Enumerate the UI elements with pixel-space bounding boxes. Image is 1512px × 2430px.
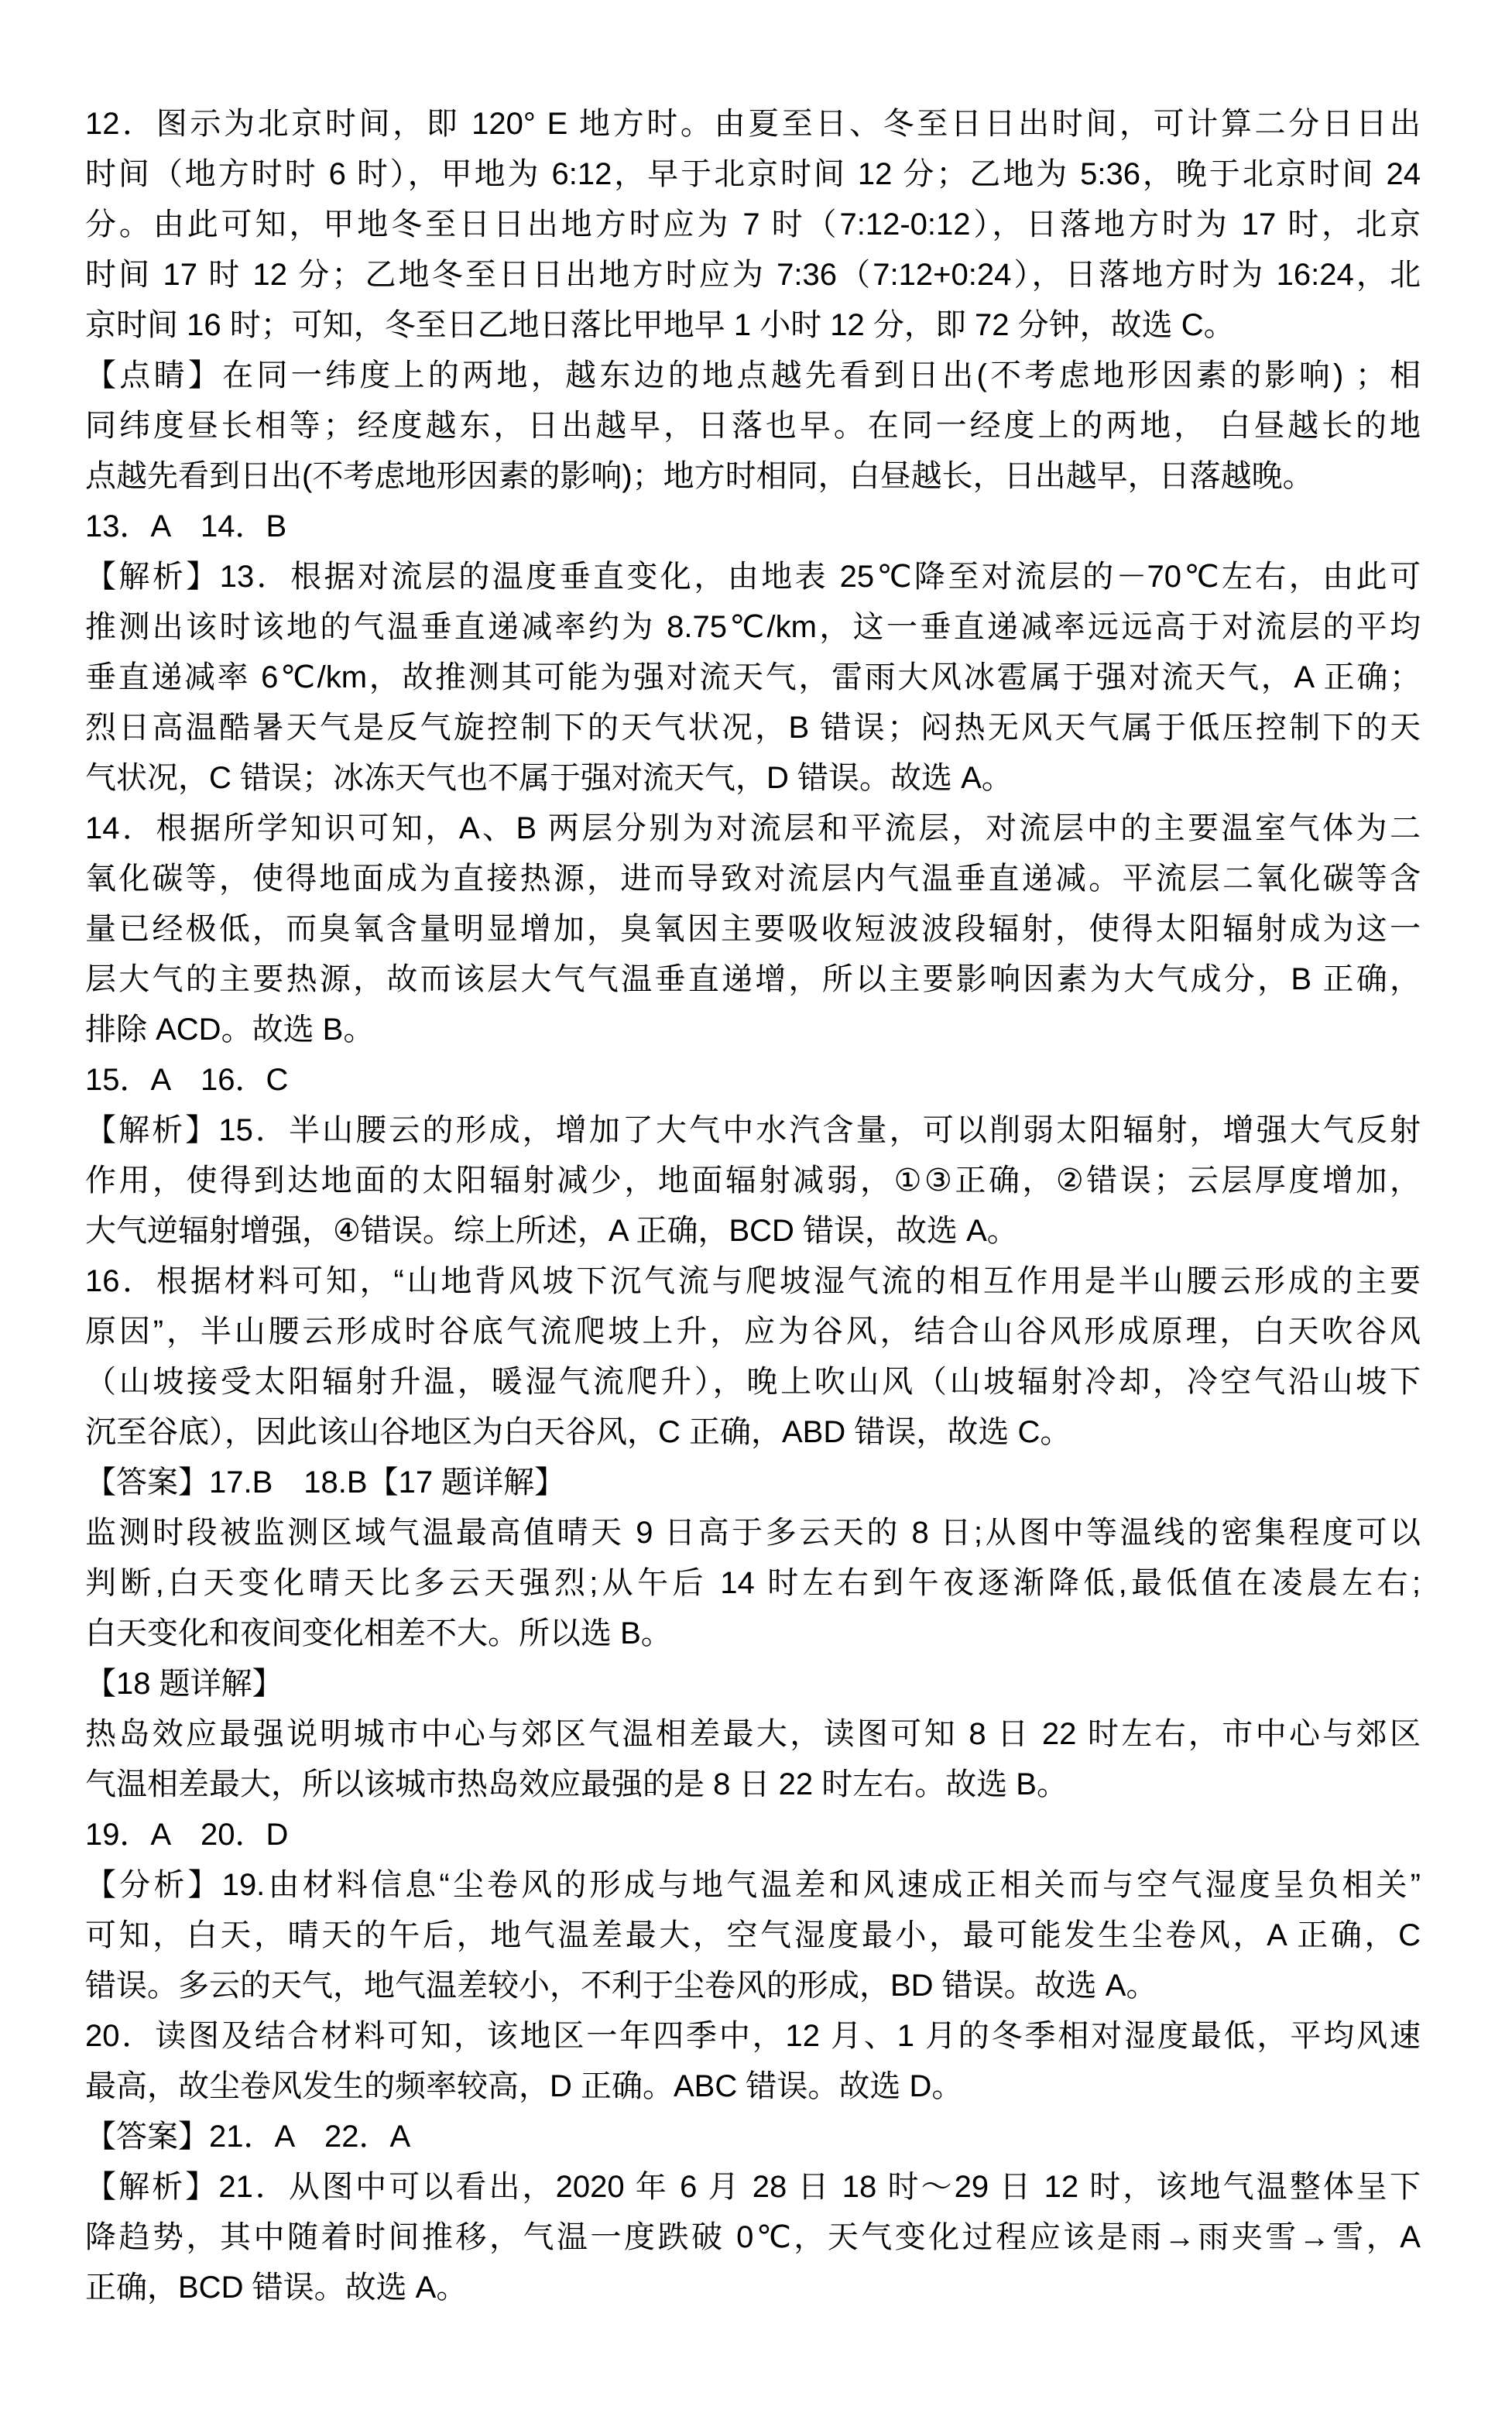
text-line: 量已经极低，而臭氧含量明显增加，臭氧因主要吸收短波波段辐射，使得太阳辐射成为这一 (85, 904, 1421, 955)
text-line: 点越先看到日出(不考虑地形因素的影响)；地方时相同，白昼越长，日出越早，日落越晚… (85, 451, 1421, 502)
text-line: 热岛效应最强说明城市中心与郊区气温相差最大，读图可知 8 日 22 时左右，市中… (85, 1709, 1421, 1760)
paragraph-q17-detail: 监测时段被监测区域气温最高值晴天 9 日高于多云天的 8 日;从图中等温线的密集… (85, 1508, 1421, 1659)
text-line: 12．图示为北京时间，即 120° E 地方时。由夏至日、冬至日日出时间，可计算… (85, 99, 1421, 149)
text-line: 【分析】19.由材料信息“尘卷风的形成与地气温差和风速成正相关而与空气湿度呈负相… (85, 1860, 1421, 1911)
text-line: 错误。多云的天气，地气温差较小，不利于尘卷风的形成，BD 错误。故选 A。 (85, 1961, 1421, 2011)
paragraph-q13-analysis: 【解析】13．根据对流层的温度垂直变化，由地表 25℃降至对流层的－70℃左右，… (85, 552, 1421, 804)
paragraph-answers-19-20: 19．A 20．D (85, 1810, 1421, 1860)
text-line: 14．根据所学知识可知，A、B 两层分别为对流层和平流层，对流层中的主要温室气体… (85, 804, 1421, 854)
answer-line: 19．A 20．D (85, 1810, 1421, 1860)
text-line: 最高，故尘卷风发生的频率较高，D 正确。ABC 错误。故选 D。 (85, 2062, 1421, 2112)
text-line: （山坡接受太阳辐射升温，暖湿气流爬升），晚上吹山风（山坡辐射冷却，冷空气沿山坡下 (85, 1357, 1421, 1407)
answer-line: 【答案】21．A 22．A (85, 2112, 1421, 2162)
text-line: 16．根据材料可知，“山地背风坡下沉气流与爬坡湿气流的相互作用是半山腰云形成的主… (85, 1256, 1421, 1307)
text-line: 降趋势，其中随着时间推移，气温一度跌破 0℃，天气变化过程应该是雨→雨夹雪→雪，… (85, 2212, 1421, 2263)
text-line: 20．读图及结合材料可知，该地区一年四季中，12 月、1 月的冬季相对湿度最低，… (85, 2011, 1421, 2062)
text-line: 【解析】13．根据对流层的温度垂直变化，由地表 25℃降至对流层的－70℃左右，… (85, 552, 1421, 602)
text-line: 京时间 16 时；可知，冬至日乙地日落比甲地早 1 小时 12 分，即 72 分… (85, 300, 1421, 351)
text-line: 判断,白天变化晴天比多云天强烈;从午后 14 时左右到午夜逐渐降低,最低值在凌晨… (85, 1558, 1421, 1609)
paragraph-q18-detail: 热岛效应最强说明城市中心与郊区气温相差最大，读图可知 8 日 22 时左右，市中… (85, 1709, 1421, 1810)
text-line: 正确，BCD 错误。故选 A。 (85, 2263, 1421, 2313)
paragraph-q12-tip: 【点睛】在同一纬度上的两地，越东边的地点越先看到日出(不考虑地形因素的影响) ；… (85, 351, 1421, 502)
paragraph-answers-15-16: 15．A 16．C (85, 1055, 1421, 1105)
paragraph-q20-analysis: 20．读图及结合材料可知，该地区一年四季中，12 月、1 月的冬季相对湿度最低，… (85, 2011, 1421, 2112)
text-line: 推测出该时该地的气温垂直递减率约为 8.75℃/km，这一垂直递减率远远高于对流… (85, 602, 1421, 653)
text-line: 【解析】21．从图中可以看出，2020 年 6 月 28 日 18 时～29 日… (85, 2162, 1421, 2212)
paragraph-q12-explanation: 12．图示为北京时间，即 120° E 地方时。由夏至日、冬至日日出时间，可计算… (85, 99, 1421, 351)
text-line: 可知，白天，晴天的午后，地气温差最大，空气湿度最小，最可能发生尘卷风，A 正确，… (85, 1911, 1421, 1961)
answer-explanation-page: 12．图示为北京时间，即 120° E 地方时。由夏至日、冬至日日出时间，可计算… (85, 99, 1421, 2313)
section-heading: 【18 题详解】 (85, 1659, 1421, 1709)
answer-line: 13．A 14．B (85, 502, 1421, 552)
text-line: 同纬度昼长相等；经度越东，日出越早，日落也早。在同一经度上的两地， 白昼越长的地 (85, 401, 1421, 451)
paragraph-q16-analysis: 16．根据材料可知，“山地背风坡下沉气流与爬坡湿气流的相互作用是半山腰云形成的主… (85, 1256, 1421, 1458)
answer-line: 【答案】17.B 18.B【17 题详解】 (85, 1458, 1421, 1508)
text-line: 时间（地方时时 6 时），甲地为 6:12，早于北京时间 12 分；乙地为 5:… (85, 149, 1421, 200)
paragraph-q15-analysis: 【解析】15．半山腰云的形成，增加了大气中水汽含量，可以削弱太阳辐射，增强大气反… (85, 1105, 1421, 1256)
text-line: 白天变化和夜间变化相差不大。所以选 B。 (85, 1609, 1421, 1659)
text-line: 时间 17 时 12 分；乙地冬至日日出地方时应为 7:36（7:12+0:24… (85, 250, 1421, 300)
text-line: 大气逆辐射增强，④错误。综上所述，A 正确，BCD 错误，故选 A。 (85, 1206, 1421, 1256)
text-line: 监测时段被监测区域气温最高值晴天 9 日高于多云天的 8 日;从图中等温线的密集… (85, 1508, 1421, 1558)
text-line: 氧化碳等，使得地面成为直接热源，进而导致对流层内气温垂直递减。平流层二氧化碳等含 (85, 854, 1421, 904)
paragraph-q21-analysis: 【解析】21．从图中可以看出，2020 年 6 月 28 日 18 时～29 日… (85, 2162, 1421, 2313)
paragraph-q14-analysis: 14．根据所学知识可知，A、B 两层分别为对流层和平流层，对流层中的主要温室气体… (85, 804, 1421, 1055)
paragraph-answers-17-18: 【答案】17.B 18.B【17 题详解】 (85, 1458, 1421, 1508)
text-line: 排除 ACD。故选 B。 (85, 1005, 1421, 1055)
text-line: 沉至谷底），因此该山谷地区为白天谷风，C 正确，ABD 错误，故选 C。 (85, 1407, 1421, 1458)
text-line: 气温相差最大，所以该城市热岛效应最强的是 8 日 22 时左右。故选 B。 (85, 1760, 1421, 1810)
paragraph-q19-analysis: 【分析】19.由材料信息“尘卷风的形成与地气温差和风速成正相关而与空气湿度呈负相… (85, 1860, 1421, 2011)
text-line: 气状况，C 错误；冰冻天气也不属于强对流天气，D 错误。故选 A。 (85, 753, 1421, 804)
text-line: 垂直递减率 6℃/km，故推测其可能为强对流天气，雷雨大风冰雹属于强对流天气，A… (85, 653, 1421, 703)
paragraph-answers-13-14: 13．A 14．B (85, 502, 1421, 552)
text-line: 烈日高温酷暑天气是反气旋控制下的天气状况，B 错误；闷热无风天气属于低压控制下的… (85, 703, 1421, 753)
text-line: 原因”，半山腰云形成时谷底气流爬坡上升，应为谷风，结合山谷风形成原理，白天吹谷风 (85, 1307, 1421, 1357)
text-line: 分。由此可知，甲地冬至日日出地方时应为 7 时（7:12-0:12），日落地方时… (85, 200, 1421, 250)
text-line: 【点睛】在同一纬度上的两地，越东边的地点越先看到日出(不考虑地形因素的影响) ；… (85, 351, 1421, 401)
paragraph-answers-21-22: 【答案】21．A 22．A (85, 2112, 1421, 2162)
text-line: 【解析】15．半山腰云的形成，增加了大气中水汽含量，可以削弱太阳辐射，增强大气反… (85, 1105, 1421, 1156)
text-line: 作用，使得到达地面的太阳辐射减少，地面辐射减弱，①③正确，②错误；云层厚度增加， (85, 1156, 1421, 1206)
answer-line: 15．A 16．C (85, 1055, 1421, 1105)
paragraph-q18-heading: 【18 题详解】 (85, 1659, 1421, 1709)
text-line: 层大气的主要热源，故而该层大气气温垂直递增，所以主要影响因素为大气成分，B 正确… (85, 955, 1421, 1005)
